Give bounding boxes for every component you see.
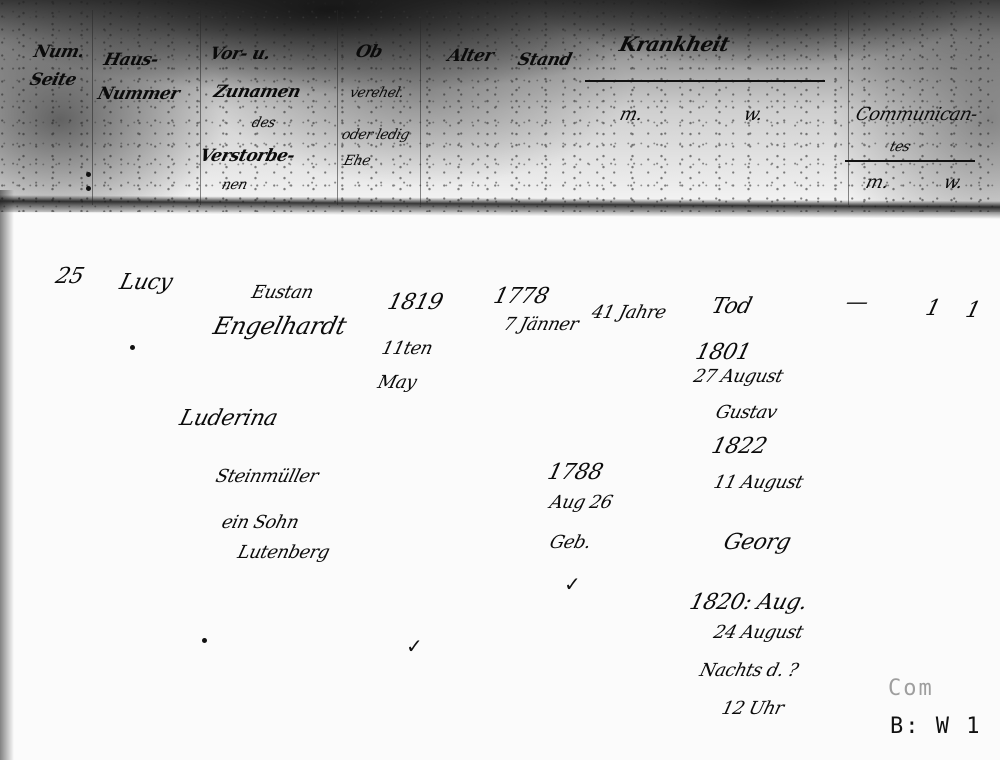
header-male: m. xyxy=(618,106,644,124)
header-col3-line4: Verstorbe- xyxy=(198,148,296,165)
header-col1-line1: Num. xyxy=(32,44,86,61)
header-col4-line3: oder ledig xyxy=(340,128,410,142)
ink-dot xyxy=(202,638,207,643)
checkmark-icon: ✓ xyxy=(564,572,581,596)
spouse-line3: Lutenberg xyxy=(236,544,331,562)
entry-house: Lucy xyxy=(117,272,174,294)
entry-mark-female: 1 xyxy=(963,300,982,322)
ink-dot xyxy=(86,172,91,177)
page-left-edge xyxy=(0,190,14,760)
ink-dot xyxy=(86,186,91,191)
child-line3: 24 August xyxy=(712,624,805,642)
header-col2-line2: Nummer xyxy=(96,86,181,103)
archive-stamp-line1: Com xyxy=(888,676,934,701)
header-col3-line5: nen xyxy=(220,178,248,192)
checkmark-icon: ✓ xyxy=(406,634,423,658)
entry-cause-name: Gustav xyxy=(714,404,779,422)
header-krankheit: Krankheit xyxy=(618,34,732,54)
entry-date-day: 11ten xyxy=(380,340,434,358)
column-rule xyxy=(848,10,849,205)
entry-age: 41 Jahre xyxy=(590,304,668,322)
header-communicantes-line2: tes xyxy=(888,140,911,154)
header-col3-line3: des xyxy=(250,116,276,130)
spouse-date-year: 1788 xyxy=(545,462,604,484)
entry-date-month: May xyxy=(376,374,418,392)
spouse-line2: ein Sohn xyxy=(220,514,301,532)
header-col5-line2: Stand xyxy=(516,52,573,69)
header-underline-communicantes xyxy=(845,160,975,162)
column-rule xyxy=(200,10,201,205)
header-col3-line2: Zunamen xyxy=(212,84,302,101)
child-line2: 1820: Aug. xyxy=(687,592,809,614)
entry-cause-date: 27 August xyxy=(692,368,785,386)
entry-cause-year: 1801 xyxy=(693,342,752,364)
entry-birth-date: 7 Jänner xyxy=(502,316,580,334)
spouse-line1: Steinmüller xyxy=(214,468,320,486)
child-line4: Nachts d. ? xyxy=(698,662,800,680)
entry-number: 25 xyxy=(53,266,85,288)
header-col4-line1: Ob xyxy=(354,44,384,61)
column-rule xyxy=(337,10,338,205)
entry-mark-male: 1 xyxy=(923,298,942,320)
archive-stamp-line2: B: W 1 xyxy=(890,714,981,739)
ink-dot xyxy=(130,345,135,350)
register-page: Num. Seite Haus- Nummer Vor- u. Zunamen … xyxy=(0,0,1000,760)
entry-birth-year: 1778 xyxy=(491,286,550,308)
child-line1: Georg xyxy=(721,532,792,554)
header-col2-line1: Haus- xyxy=(102,52,160,69)
paper-speckle xyxy=(0,0,1000,212)
column-rule xyxy=(92,10,93,205)
header-comm-male: m. xyxy=(864,174,890,192)
entry-name-line2: Engelhardt xyxy=(211,314,348,338)
entry-date-year: 1819 xyxy=(385,292,444,314)
entry-cause: Tod xyxy=(709,296,753,318)
column-rule xyxy=(420,10,421,205)
header-communicantes-line1: Communican- xyxy=(854,106,979,124)
header-col3-line1: Vor- u. xyxy=(208,46,272,63)
child-line5: 12 Uhr xyxy=(720,700,785,718)
entry-cause-name-date: 11 August xyxy=(712,474,805,492)
entry-name-line1: Eustan xyxy=(250,284,315,302)
header-col1-line2: Seite xyxy=(28,72,78,89)
header-underline-krankheit xyxy=(585,80,825,82)
header-band xyxy=(0,0,1000,212)
header-col4-line4: Ehe xyxy=(342,154,372,168)
entry-dash: — xyxy=(843,292,870,314)
header-col4-line2: verehel. xyxy=(348,86,405,100)
spouse-date-day: Aug 26 xyxy=(548,494,614,512)
spouse-date-note: Geb. xyxy=(548,534,593,552)
spouse-name: Luderina xyxy=(177,408,279,430)
entry-cause-name-year: 1822 xyxy=(709,436,768,458)
header-col5-line1: Alter xyxy=(446,48,495,65)
